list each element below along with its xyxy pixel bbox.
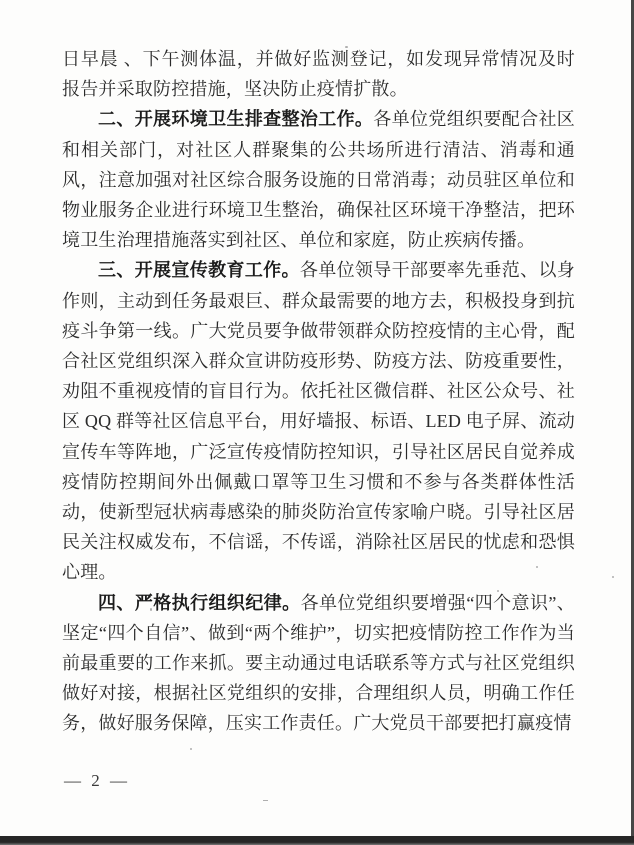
scan-speck — [345, 46, 348, 48]
paragraph-text: 日早晨 、下午测体温，并做好监测登记，如发现异常情况及时报告并采取防控措施，坚决… — [62, 49, 575, 99]
paragraph-text: 各单位党组织要增强“四个意识”、坚定“四个自信”、做到“两个维护”，切实把疫情防… — [62, 593, 575, 734]
scan-edge-bottom — [0, 836, 634, 845]
page-number: — 2 — — [64, 771, 130, 791]
scan-speck — [497, 590, 499, 592]
paragraph-heading: 二、开展环境卫生排查整治工作。 — [98, 109, 373, 129]
document-page: 日早晨 、下午测体温，并做好监测登记，如发现异常情况及时报告并采取防控措施，坚决… — [0, 0, 634, 845]
scan-speck — [150, 608, 152, 611]
paragraph: 四、严格执行组织纪律。各单位党组织要增强“四个意识”、坚定“四个自信”、做到“两… — [62, 588, 575, 739]
paragraph: 二、开展环境卫生排查整治工作。各单位党组织要配合社区和相关部门，对社区人群聚集的… — [62, 104, 575, 255]
scan-speck — [612, 576, 614, 578]
scan-speck — [190, 748, 192, 750]
scan-speck — [533, 139, 535, 141]
paragraph-heading: 四、严格执行组织纪律。 — [98, 593, 301, 613]
paragraph-text: 各单位领导干部要率先垂范、以身作则，主动到任务最艰巨、群众最需要的地方去，积极投… — [62, 260, 575, 582]
scan-speck — [536, 566, 538, 568]
paragraph-text: 各单位党组织要配合社区和相关部门，对社区人群聚集的公共场所进行清洁、消毒和通风，… — [62, 109, 575, 250]
document-body: 日早晨 、下午测体温，并做好监测登记，如发现异常情况及时报告并采取防控措施，坚决… — [62, 44, 575, 739]
scan-speck — [263, 800, 268, 801]
paragraph: 三、开展宣传教育工作。各单位领导干部要率先垂范、以身作则，主动到任务最艰巨、群众… — [62, 255, 575, 587]
paragraph: 日早晨 、下午测体温，并做好监测登记，如发现异常情况及时报告并采取防控措施，坚决… — [62, 44, 575, 104]
paragraph-heading: 三、开展宣传教育工作。 — [98, 260, 300, 280]
